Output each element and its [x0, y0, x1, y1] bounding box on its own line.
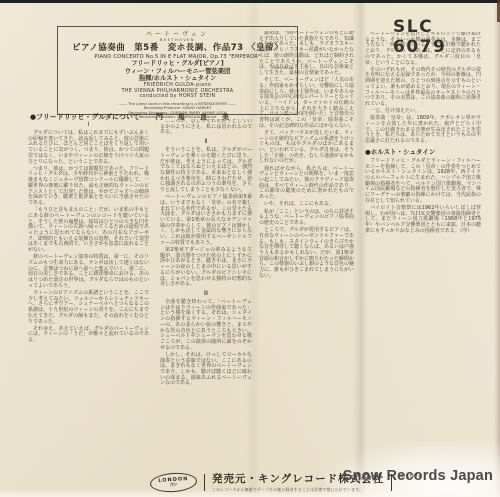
- essay-paragraph: それゆえ、あえていえば、グルダのベートーヴェンには、ウィーンの「うた」が脈々と流…: [28, 327, 149, 344]
- essay-paragraph: グルダについては、私はこれまでにもずいぶん多くの原稿を書いてきた。読み返してみる…: [28, 131, 149, 165]
- section-marker: Ⅱ: [160, 138, 252, 146]
- essay-paragraph: しかし、それは、けっしてローカルな演奏という意味ではない。ここにあるのは、まぎれ…: [160, 353, 252, 387]
- essay-paragraph: …ころか、むしろそれを誇りとしているかのようにさえ、私には思われるのである。: [160, 119, 252, 136]
- essay-paragraph: バイロイト音楽祭には1962年いらいしばしば登場し、わが国へは、ＮＨＫ交響楽団の…: [365, 206, 481, 235]
- essay-paragraph: 全曲を聴き終わって、「ベートーヴェンはやはりウィーンの作曲家であった」という感を…: [160, 300, 252, 351]
- london-ffrr-logo: LONDON ffrr: [149, 471, 197, 493]
- essay-paragraph: そのいずれもが、その時代その時代のグルダの姿を克明に伝える記録であったが、今回の…: [365, 68, 481, 108]
- essay-paragraph: さて、バックハウスが没したいま、ウィーンの正統的なピアニズムの系譜をうけつぐもの…: [259, 131, 354, 165]
- footer-divider: [204, 474, 205, 491]
- essay-paragraph: いや、それは、ここにもある。: [259, 202, 354, 208]
- copyright-fine-print: このレコードから無断でテープその他に録音することは法律で禁じられています。: [212, 487, 384, 493]
- essay-paragraph: 一言、付け加えたい。: [365, 109, 481, 115]
- essay-paragraph: ベートーヴェンを負けじとギャロップで駆けぬけるような、そういった類の演奏とは、本…: [365, 32, 481, 66]
- record-sleeve-photo: SLC 6079 ベートーヴェン BEETHOVEN ピアノ協奏曲 第5番 変ホ…: [0, 0, 500, 497]
- essay-paragraph: ウィーンのピアニズムの系譜ということを、ここで少し考えてみたい。ツェルニーからレ…: [28, 291, 149, 325]
- essay-paragraph: そういうことを、私は、グルダがベートーヴェンを弾くのを聴くたびに思う。だが彼は、…: [160, 148, 252, 194]
- store-watermark: Snow Records Japan: [343, 468, 493, 484]
- essay-paragraph: 「もうひと昔もまえのこと」だが、いま私の手もとにある彼のベートーヴェンのレコード…: [28, 208, 149, 254]
- essay-paragraph: フリードリッヒ・グルダとウィーン・フィルハーモニーを指揮して、この「皇帝」の伴奏…: [365, 159, 481, 205]
- section-marker: Ⅰ: [28, 121, 149, 129]
- essay-paragraph: ベートーヴェンのピアノ協奏曲第5番は、いうまでもなく「皇帝」の名で親しまれている…: [160, 195, 252, 246]
- essay-paragraph: 私が「ここ」というのは、のちに詳述するような、ベートーヴェンのピアノ協奏曲の歴史…: [259, 210, 354, 227]
- essay-paragraph: そして、ベートーヴェンほど「人気のある」作曲家もめずらしい。交響曲にしろ協奏曲に…: [259, 78, 354, 129]
- column-heading: ●ホルスト・シュタイン: [365, 148, 481, 157]
- sleeve-right-edge: [494, 3, 500, 497]
- essay-column-1: Ⅰグルダについては、私はこれまでにもずいぶん多くの原稿を書いてきた。読み返してみ…: [28, 119, 149, 470]
- essay-column-2: …ころか、むしろそれを誇りとしているかのようにさえ、私には思われるのである。Ⅱそ…: [160, 119, 252, 470]
- essay-paragraph: ところで、グルダが愛用するピアノは、有名なウィーンのベーゼンドルファーである。も…: [259, 228, 354, 279]
- essay-paragraph: つまり、彼は、かつては問題児であった。フリードリッヒ・グルダは、少年時代から神童…: [28, 167, 149, 207]
- essay-paragraph: 協奏曲「皇帝」は、1809年、ナポレオン軍がウィーンを占領した年に書かれた。砲声…: [365, 116, 481, 145]
- essay-paragraph: 最初は、当時ベートーヴェンのもとに絶えず出入りしていた貴族たちであり、知識人たち…: [259, 31, 354, 77]
- section-marker: Ⅲ: [160, 290, 252, 298]
- essay-paragraph: 遅ればせながら、私たちは、ベートーヴェンとウィーンとの関係を、いま一度思い起こし…: [259, 167, 354, 201]
- essay-paragraph: 彼のベートーヴェン演奏の特質は、第一に、そのリズムのもつ生命力にある。テンポは決…: [28, 255, 149, 289]
- essay-column-3: 最初は、当時ベートーヴェンのもとに絶えず出入りしていた貴族たちであり、知識人たち…: [259, 31, 354, 457]
- essay-column-4: ベートーヴェンを負けじとギャロップで駆けぬけるような、そういった類の演奏とは、本…: [365, 32, 481, 460]
- ffrr-logo-text: ffrr: [170, 482, 177, 487]
- essay-paragraph: 第2楽章アダージョの夢みるような主題が、弱音器をつけた弦の上にしずかに浮かびあが…: [160, 248, 252, 288]
